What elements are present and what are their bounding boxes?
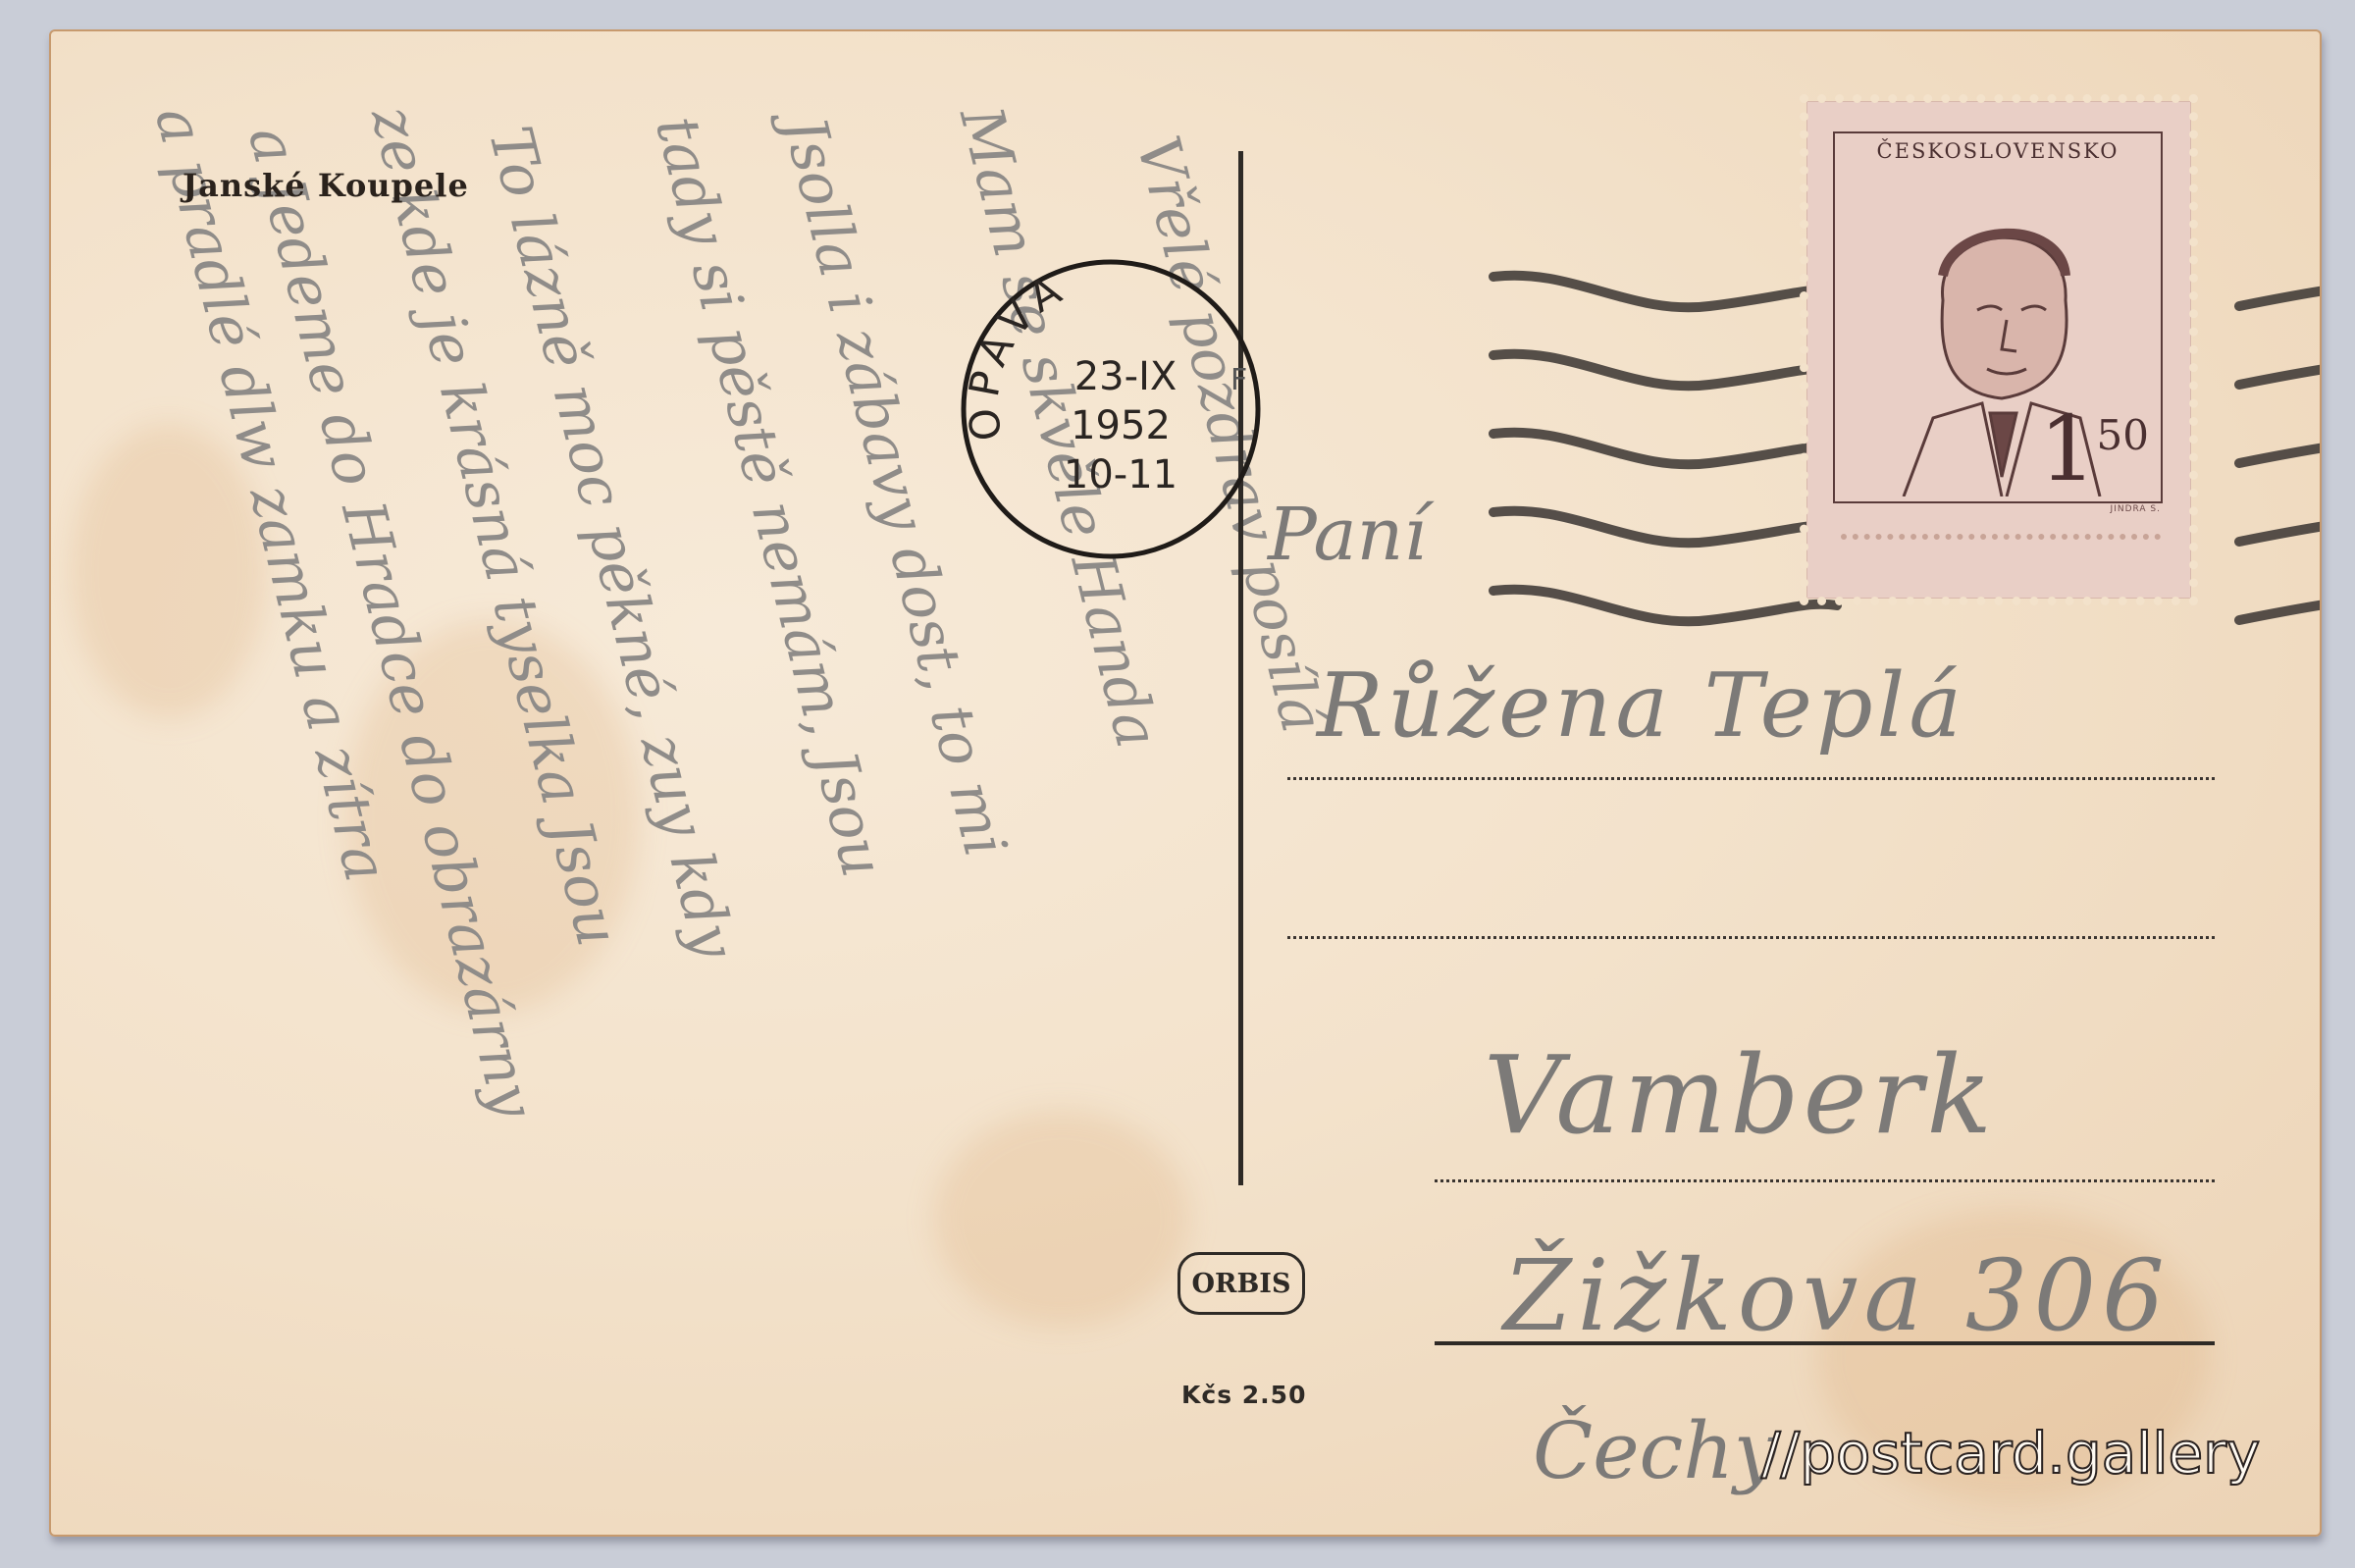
address-line-1: [1287, 777, 2215, 780]
address-line-2: [1287, 936, 2215, 939]
address-region: Čechy: [1533, 1405, 1778, 1496]
stamp-dot-row: [1841, 534, 2161, 551]
postmark-date: 23-IX: [1074, 354, 1177, 399]
card-price: Kčs 2.50: [1181, 1381, 1306, 1409]
publisher-logo: ORBIS: [1177, 1252, 1305, 1315]
postcard: a pradlé dlw zamku a zítra a Jedeme do H…: [49, 29, 2322, 1537]
postage-stamp: ČESKOSLOVENSKO 150 JINDRA S.: [1807, 102, 2190, 598]
postmark-city: OPAVA: [959, 262, 1075, 444]
postmark-time: 10-11: [1064, 452, 1177, 497]
address-city: Vamberk: [1484, 1032, 1996, 1158]
stamp-engraver: JINDRA S.: [2111, 504, 2161, 514]
address-salutation: Paní: [1268, 493, 1427, 577]
stamp-value: 150: [2039, 405, 2149, 494]
postmark-year: 1952: [1071, 403, 1171, 448]
stamp-country: ČESKOSLOVENSKO: [1835, 139, 2161, 163]
postmark-code: F: [1230, 363, 1247, 397]
address-line-3: [1435, 1179, 2215, 1182]
postmark: OPAVA 23-IX 1952 10-11 F: [954, 252, 1268, 566]
watermark: //postcard.gallery: [1761, 1420, 2260, 1487]
svg-text:OPAVA: OPAVA: [959, 262, 1075, 444]
address-line-4: [1435, 1341, 2215, 1345]
card-title: Janské Koupele: [183, 167, 469, 204]
address-street: Žižkova 306: [1503, 1238, 2171, 1353]
stamp-frame: ČESKOSLOVENSKO 150: [1833, 131, 2163, 503]
address-name: Růžena Teplá: [1317, 654, 1965, 758]
